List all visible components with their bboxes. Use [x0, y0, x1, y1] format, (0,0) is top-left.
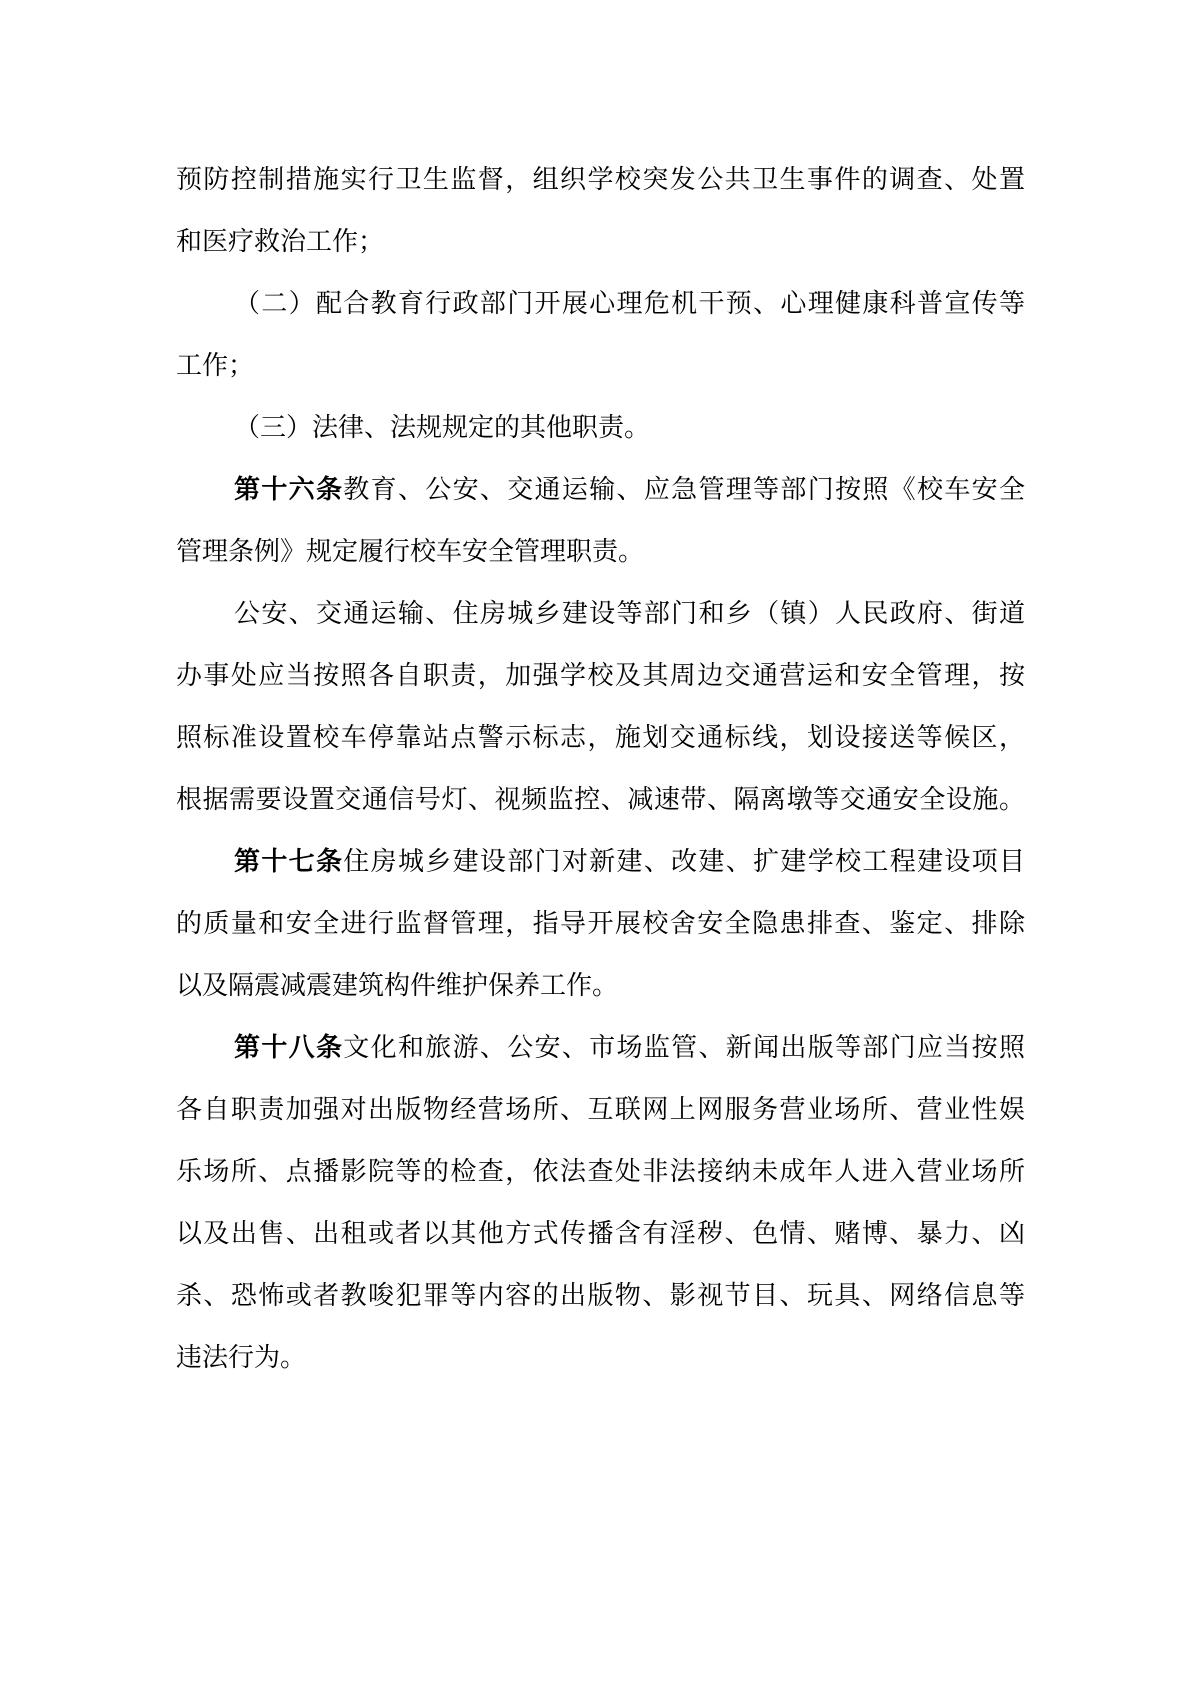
- text-segment: 的质量和安全进行监督管理，指导开展校舍安全隐患排查、鉴定、排除: [176, 908, 1025, 938]
- text-line: 乐场所、点播影院等的检查，依法查处非法接纳未成年人进入营业场所: [176, 1140, 1025, 1202]
- text-segment: 以及出售、出租或者以其他方式传播含有淫秽、色情、赌博、暴力、凶: [176, 1218, 1025, 1248]
- text-line: 公安、交通运输、住房城乡建设等部门和乡（镇）人民政府、街道: [176, 582, 1025, 644]
- text-segment: 管理条例》规定履行校车安全管理职责。: [176, 536, 644, 566]
- text-segment: 公安、交通运输、住房城乡建设等部门和乡（镇）人民政府、街道: [234, 598, 1025, 628]
- article-number: 第十六条: [234, 474, 343, 504]
- article-number: 第十八条: [234, 1032, 343, 1062]
- text-segment: 和医疗救治工作；: [176, 226, 384, 256]
- text-line: 杀、恐怖或者教唆犯罪等内容的出版物、影视节目、玩具、网络信息等: [176, 1264, 1025, 1326]
- text-line: 各自职责加强对出版物经营场所、互联网上网服务营业场所、营业性娱: [176, 1078, 1025, 1140]
- text-segment: 根据需要设置交通信号灯、视频监控、减速带、隔离墩等交通安全设施。: [176, 784, 1025, 814]
- text-line: 和医疗救治工作；: [176, 210, 1025, 272]
- text-line: 照标准设置校车停靠站点警示标志，施划交通标线，划设接送等候区，: [176, 706, 1025, 768]
- text-segment: 办事处应当按照各自职责，加强学校及其周边交通营运和安全管理，按: [176, 660, 1025, 690]
- article-number: 第十七条: [234, 846, 343, 876]
- text-line: 第十六条教育、公安、交通运输、应急管理等部门按照《校车安全: [176, 458, 1025, 520]
- text-line: 预防控制措施实行卫生监督，组织学校突发公共卫生事件的调查、处置: [176, 148, 1025, 210]
- text-line: （三）法律、法规规定的其他职责。: [176, 396, 1025, 458]
- text-line: 工作；: [176, 334, 1025, 396]
- document-page: 预防控制措施实行卫生监督，组织学校突发公共卫生事件的调查、处置和医疗救治工作；（…: [0, 0, 1191, 1684]
- text-segment: 杀、恐怖或者教唆犯罪等内容的出版物、影视节目、玩具、网络信息等: [176, 1280, 1025, 1310]
- text-line: 根据需要设置交通信号灯、视频监控、减速带、隔离墩等交通安全设施。: [176, 768, 1025, 830]
- text-line: 办事处应当按照各自职责，加强学校及其周边交通营运和安全管理，按: [176, 644, 1025, 706]
- text-segment: 住房城乡建设部门对新建、改建、扩建学校工程建设项目: [343, 846, 1025, 876]
- text-line: 的质量和安全进行监督管理，指导开展校舍安全隐患排查、鉴定、排除: [176, 892, 1025, 954]
- text-line: 第十八条文化和旅游、公安、市场监管、新闻出版等部门应当按照: [176, 1016, 1025, 1078]
- text-segment: 各自职责加强对出版物经营场所、互联网上网服务营业场所、营业性娱: [176, 1094, 1025, 1124]
- text-line: 以及隔震减震建筑构件维护保养工作。: [176, 954, 1025, 1016]
- text-line: 第十七条住房城乡建设部门对新建、改建、扩建学校工程建设项目: [176, 830, 1025, 892]
- text-segment: 违法行为。: [176, 1342, 306, 1372]
- text-segment: 预防控制措施实行卫生监督，组织学校突发公共卫生事件的调查、处置: [176, 164, 1025, 194]
- text-segment: 工作；: [176, 350, 254, 380]
- text-segment: 乐场所、点播影院等的检查，依法查处非法接纳未成年人进入营业场所: [176, 1156, 1025, 1186]
- text-line: 违法行为。: [176, 1326, 1025, 1388]
- text-segment: 以及隔震减震建筑构件维护保养工作。: [176, 970, 618, 1000]
- text-segment: （二）配合教育行政部门开展心理危机干预、心理健康科普宣传等: [234, 288, 1025, 318]
- text-line: 以及出售、出租或者以其他方式传播含有淫秽、色情、赌博、暴力、凶: [176, 1202, 1025, 1264]
- text-segment: 教育、公安、交通运输、应急管理等部门按照《校车安全: [343, 474, 1025, 504]
- text-line: 管理条例》规定履行校车安全管理职责。: [176, 520, 1025, 582]
- text-segment: 文化和旅游、公安、市场监管、新闻出版等部门应当按照: [343, 1032, 1025, 1062]
- document-body: 预防控制措施实行卫生监督，组织学校突发公共卫生事件的调查、处置和医疗救治工作；（…: [176, 148, 1025, 1388]
- text-segment: 照标准设置校车停靠站点警示标志，施划交通标线，划设接送等候区，: [176, 722, 1025, 752]
- text-line: （二）配合教育行政部门开展心理危机干预、心理健康科普宣传等: [176, 272, 1025, 334]
- text-segment: （三）法律、法规规定的其他职责。: [234, 412, 650, 442]
